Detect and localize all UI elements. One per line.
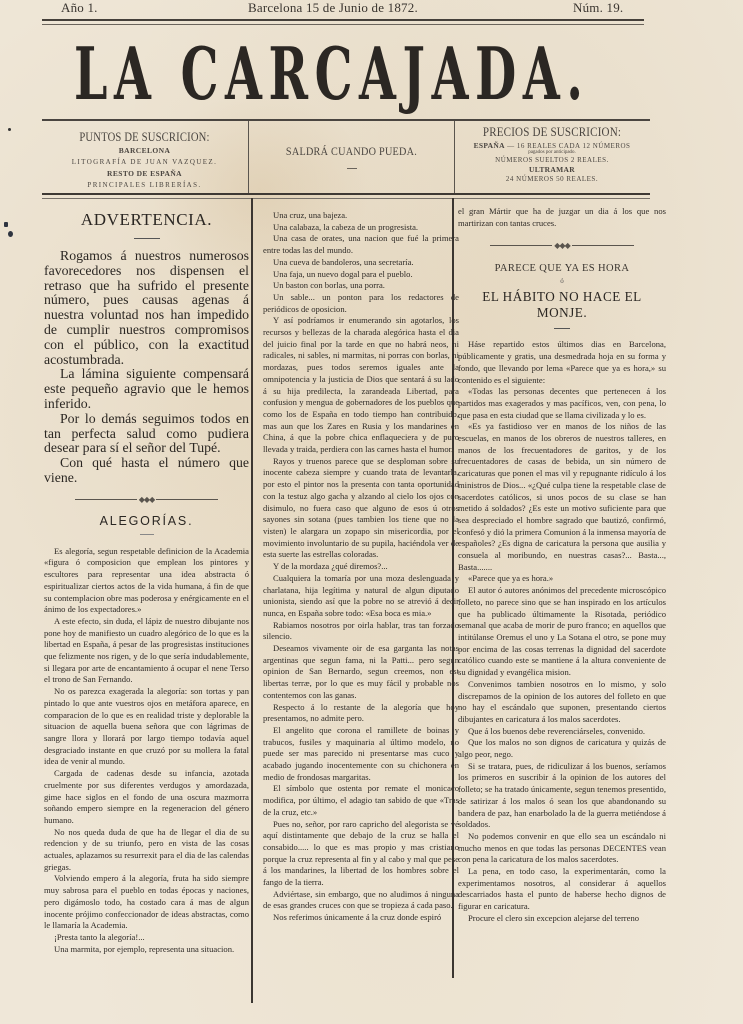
paragraph: Pues no, señor, por raro capricho del al… [263,819,459,889]
paragraph: ¡Presta tanto la alegoría!... [44,932,249,944]
subscription-points: PUNTOS DE SUSCRICION: BARCELONA LITOGRAF… [42,121,247,193]
paragraph: Que á los buenos debe reverenciárseles, … [458,726,666,738]
paragraph: «Parece que ya es hora.» [458,573,666,585]
year-label: Año 1. [61,0,98,16]
paragraph: Que los malos no son dignos de caricatur… [458,737,666,760]
paragraph: No os parezca exagerada la alegoría: son… [44,686,249,768]
paragraph: Convenimos tambien nosotros en lo mismo,… [458,679,666,726]
paragraph: A este efecto, sin duda, el lápiz de nue… [44,616,249,686]
paragraph: Un baston con borlas, una porra. [263,280,459,292]
newspaper-page: Año 1. Barcelona 15 de Junio de 1872. Nú… [0,0,743,1024]
paragraph: No podemos convenir en que ello sea un e… [458,831,666,866]
price-overseas-label: ULTRAMAR [529,165,575,174]
issue-date: Barcelona 15 de Junio de 1872. [248,0,418,16]
ornament-divider: ◆◆◆ [44,494,249,504]
points-rest: RESTO DE ESPAÑA [42,169,247,178]
habito-heading-or: ó [458,277,666,285]
paragraph: La lámina siguiente compensará este pequ… [44,367,249,411]
paragraph: el gran Mártir que ha de juzgar un dia á… [458,206,666,229]
paragraph: Por lo demás seguimos todos en tan perfe… [44,412,249,456]
points-heading: PUNTOS DE SUSCRICION: [57,130,231,145]
paragraph: «Todas las personas decentes que pertene… [458,386,666,421]
paragraph: Cualquiera la tomaría por una moza desle… [263,573,459,620]
column-1: ADVERTENCIA. Rogamos á nuestros numeroso… [44,198,249,1024]
paragraph: Háse repartido estos últimos dias en Bar… [458,339,666,386]
paragraph: No nos queda duda de que ha de llegar el… [44,827,249,874]
paragraph: Con qué hasta el número que viene. [44,456,249,486]
dateline: Año 1. Barcelona 15 de Junio de 1872. Nú… [42,0,642,20]
paragraph: Volviendo empero á la alegoría, fruta ha… [44,873,249,932]
paragraph: Una casa de orates, una nacion que fué l… [263,233,459,256]
divider [134,238,160,239]
paragraph: Rabiamos nosotros por oirla hablar, tras… [263,620,459,643]
price-single: NÚMEROS SUELTOS 2 REALES. [454,156,650,164]
paragraph: Nos referimos únicamente á la cruz donde… [263,912,459,924]
publication-note-text: SALDRÁ CUANDO PUEDA. [264,144,438,159]
issue-number: Núm. 19. [573,0,623,16]
paragraph: Una cueva de bandoleros, una secretaría. [263,257,459,269]
paragraph: Si se tratara, pues, de ridiculizar á lo… [458,761,666,831]
paragraph: Rogamos á nuestros numerosos favorecedor… [44,249,249,367]
paragraph: Es alegoría, segun respetable definicion… [44,546,249,616]
advertencia-body: Rogamos á nuestros numerosos favorecedor… [44,249,249,486]
paragraph: Procure el clero sin excepcion alejarse … [458,913,666,925]
price-overseas-value: 24 NÚMEROS 50 REALES. [454,175,650,183]
ornament-divider: ◆◆◆ [458,239,666,249]
points-city: BARCELONA [42,146,247,155]
points-city-place: LITOGRAFÍA DE JUAN VAZQUEZ. [42,158,247,166]
paragraph: Rayos y truenos parece que se desploman … [263,456,459,561]
price-spain-label: ESPAÑA [474,141,505,150]
newspaper-title: LA CARCAJADA. [74,38,589,110]
paragraph: Adviértase, sin embargo, que no aludimos… [263,889,459,912]
divider [347,168,357,169]
paragraph: Un sable... un ponton para los redactore… [263,292,459,315]
paragraph: El autor ó autores anónimos del preceden… [458,585,666,679]
advertencia-heading: ADVERTENCIA. [44,210,249,230]
paragraph: Cargada de cadenas desde su infancia, az… [44,768,249,827]
habito-heading-2: EL HÁBITO NO HACE EL MONJE. [458,289,666,321]
price-spain-note: pagados por anticipado. [454,150,650,155]
paragraph: Y así podríamos ir enumerando sin agotar… [263,315,459,455]
masthead: LA CARCAJADA. [74,38,634,110]
paragraph: El símbolo que ostenta por remate el mon… [263,783,459,818]
column-rule [251,198,253,1003]
divider [554,328,570,329]
paragraph: Respecto á lo restante de la alegoría qu… [263,702,459,725]
paragraph: «Es ya fastidioso ver en manos de los ni… [458,421,666,573]
paragraph: Una faja, un nuevo dogal para el pueblo. [263,269,459,281]
paragraph: Deseamos vivamente oir de esa garganta l… [263,643,459,702]
paragraph: Una marmita, por ejemplo, representa una… [44,944,249,956]
subscription-band: PUNTOS DE SUSCRICION: BARCELONA LITOGRAF… [42,121,650,193]
paragraph: El angelito que corona el ramillete de b… [263,725,459,784]
publication-note: SALDRÁ CUANDO PUEDA. [248,121,455,193]
price-spain-value: — 16 REALES CADA 12 NÚMEROS [507,142,630,150]
column-3: el gran Mártir que ha de juzgar un dia á… [458,198,666,1024]
divider [140,534,154,535]
alegorias-heading: ALEGORÍAS. [44,514,249,528]
paragraph: Una cruz, una bajeza. [263,210,459,222]
points-rest-place: PRINCIPALES LIBRERÍAS. [42,181,247,189]
prices-heading: PRECIOS DE SUSCRICION: [469,124,636,140]
paragraph: Y de la mordaza ¿qué diremos?... [263,561,459,573]
paragraph: Una calabaza, la cabeza de un progresist… [263,222,459,234]
divider [42,19,644,25]
paragraph: La pena, en todo caso, la experimentarán… [458,866,666,913]
price-spain: ESPAÑA — 16 REALES CADA 12 NÚMEROS [454,141,650,150]
subscription-prices: PRECIOS DE SUSCRICION: ESPAÑA — 16 REALE… [454,121,650,193]
column-2: Una cruz, una bajeza. Una calabaza, la c… [263,198,459,1024]
habito-heading-1: PARECE QUE YA ES HORA [458,263,666,274]
